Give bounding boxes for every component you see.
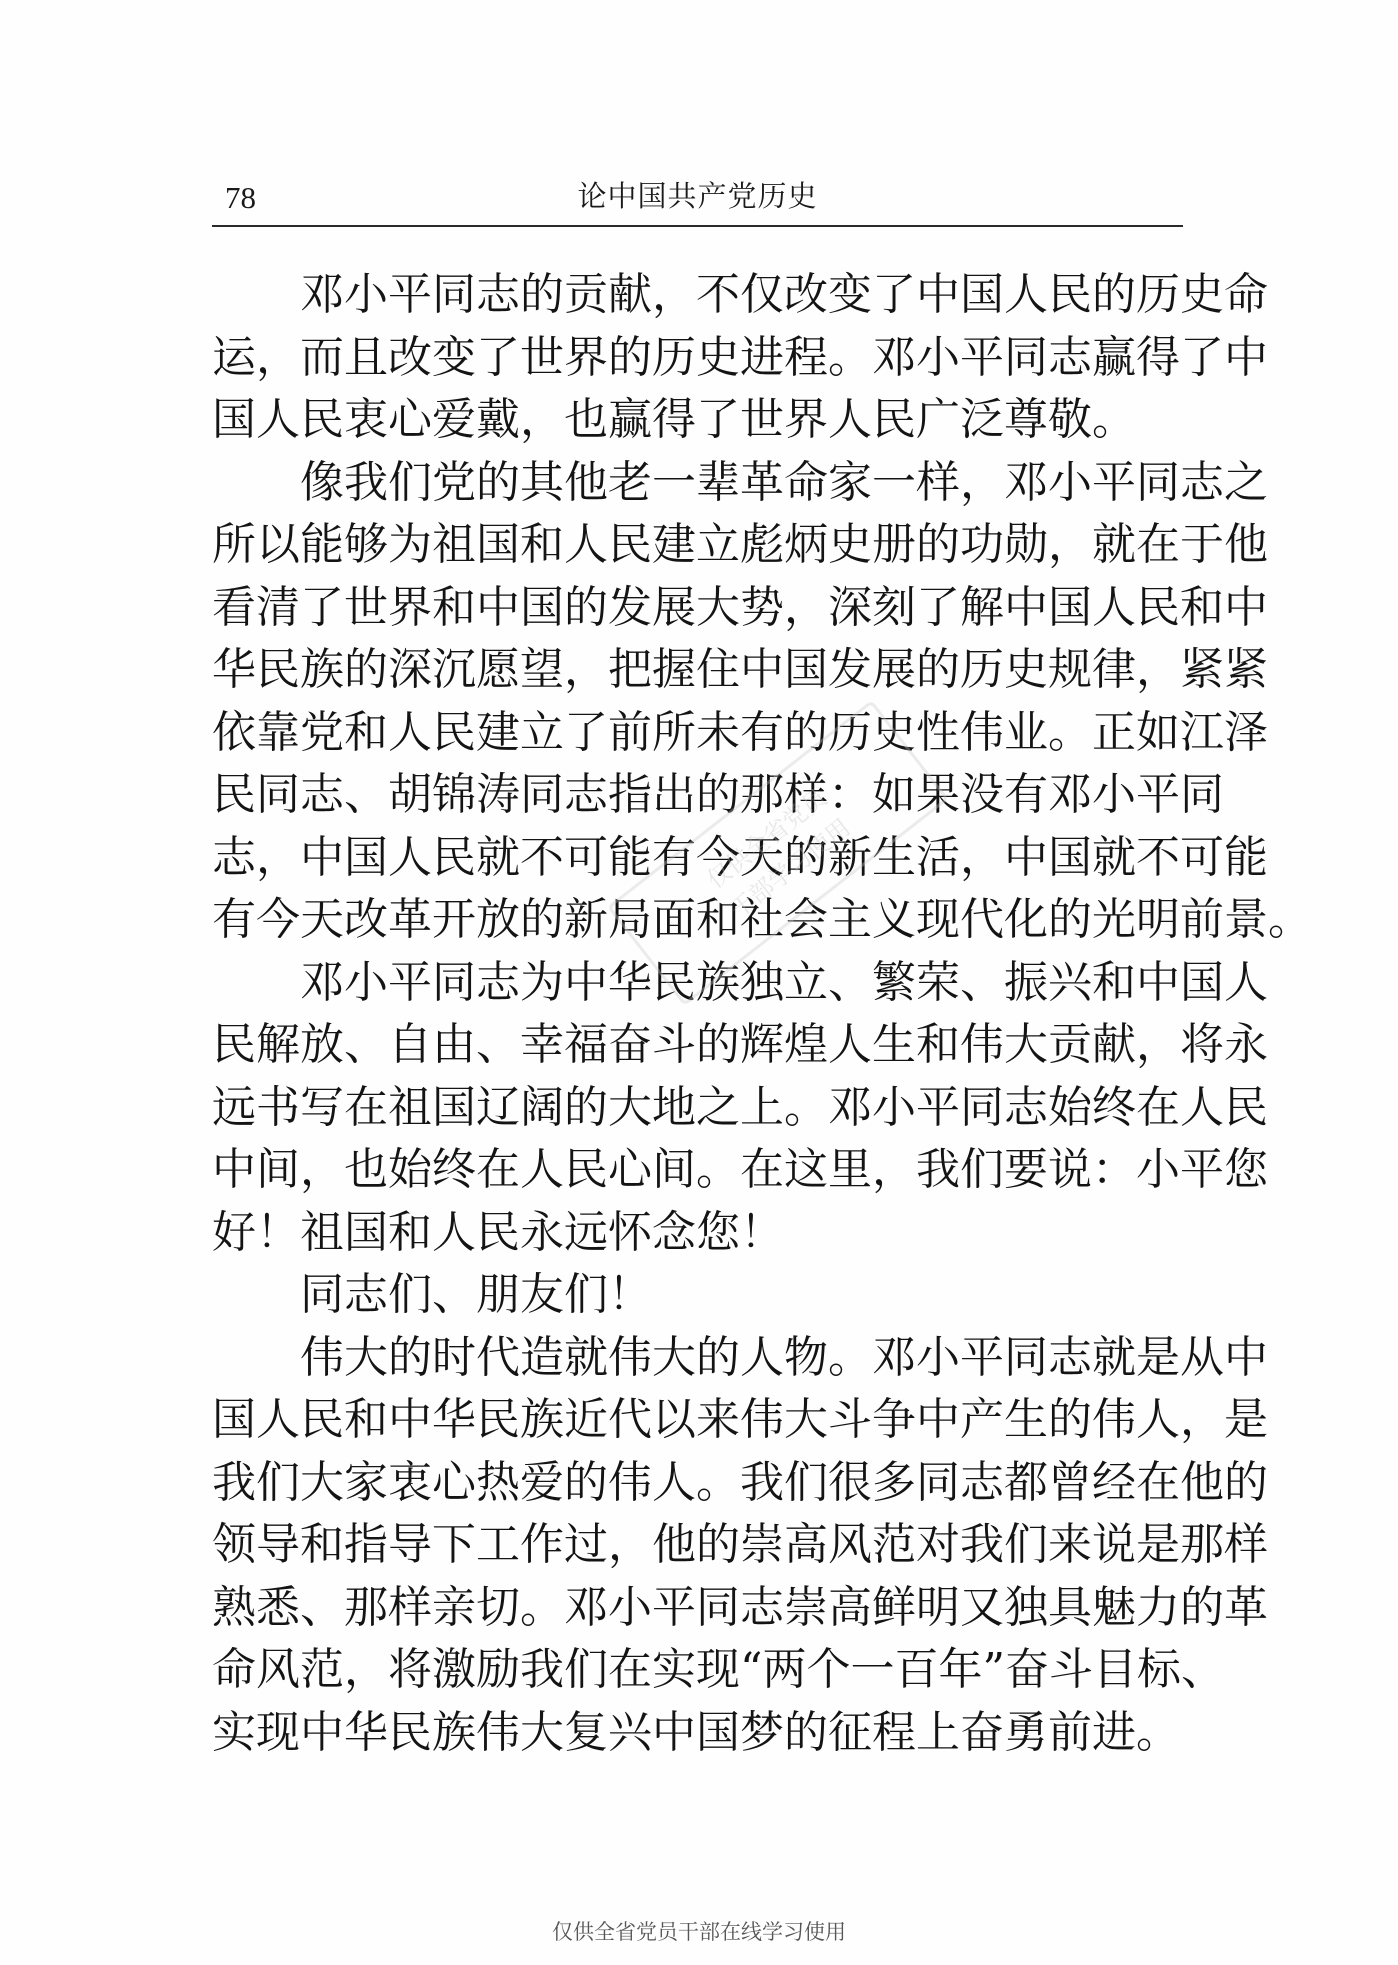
text-line: 同志们、朋友们！ bbox=[212, 1264, 1187, 1327]
book-page: 78 论中国共产党历史 邓小平同志的贡献，不仅改变了中国人民的历史命 运，而且改… bbox=[0, 0, 1398, 1965]
text-line: 依靠党和人民建立了前所未有的历史性伟业。正如江泽 bbox=[212, 702, 1187, 765]
footer-usage-note: 仅供全省党员干部在线学习使用 bbox=[0, 1918, 1398, 1946]
header-divider bbox=[212, 225, 1183, 227]
book-title: 论中国共产党历史 bbox=[212, 176, 1183, 216]
text-line: 像我们党的其他老一辈革命家一样，邓小平同志之 bbox=[212, 452, 1187, 515]
text-line: 邓小平同志的贡献，不仅改变了中国人民的历史命 bbox=[212, 264, 1187, 327]
text-line: 邓小平同志为中华民族独立、繁荣、振兴和中国人 bbox=[212, 952, 1187, 1015]
text-line: 有今天改革开放的新局面和社会主义现代化的光明前景。 bbox=[212, 889, 1187, 952]
text-line: 华民族的深沉愿望，把握住中国发展的历史规律，紧紧 bbox=[212, 639, 1187, 702]
text-line: 伟大的时代造就伟大的人物。邓小平同志就是从中 bbox=[212, 1327, 1187, 1390]
text-line: 国人民和中华民族近代以来伟大斗争中产生的伟人，是 bbox=[212, 1389, 1187, 1452]
text-line: 中间，也始终在人民心间。在这里，我们要说：小平您 bbox=[212, 1139, 1187, 1202]
text-line: 领导和指导下工作过，他的崇高风范对我们来说是那样 bbox=[212, 1514, 1187, 1577]
text-line: 看清了世界和中国的发展大势，深刻了解中国人民和中 bbox=[212, 577, 1187, 640]
text-line: 熟悉、那样亲切。邓小平同志崇高鲜明又独具魅力的革 bbox=[212, 1577, 1187, 1640]
text-line: 国人民衷心爱戴，也赢得了世界人民广泛尊敬。 bbox=[212, 389, 1187, 452]
text-line: 好！祖国和人民永远怀念您！ bbox=[212, 1202, 1187, 1265]
text-line: 民解放、自由、幸福奋斗的辉煌人生和伟大贡献，将永 bbox=[212, 1014, 1187, 1077]
text-line: 所以能够为祖国和人民建立彪炳史册的功勋，就在于他 bbox=[212, 514, 1187, 577]
text-line: 我们大家衷心热爱的伟人。我们很多同志都曾经在他的 bbox=[212, 1452, 1187, 1515]
text-line: 志，中国人民就不可能有今天的新生活，中国就不可能 bbox=[212, 827, 1187, 890]
body-text: 邓小平同志的贡献，不仅改变了中国人民的历史命 运，而且改变了世界的历史进程。邓小… bbox=[212, 264, 1187, 1764]
text-line: 实现中华民族伟大复兴中国梦的征程上奋勇前进。 bbox=[212, 1702, 1187, 1765]
text-line: 运，而且改变了世界的历史进程。邓小平同志赢得了中 bbox=[212, 327, 1187, 390]
text-line: 远书写在祖国辽阔的大地之上。邓小平同志始终在人民 bbox=[212, 1077, 1187, 1140]
text-line: 民同志、胡锦涛同志指出的那样：如果没有邓小平同 bbox=[212, 764, 1187, 827]
running-head: 78 论中国共产党历史 bbox=[212, 168, 1183, 218]
text-line: 命风范，将激励我们在实现“两个一百年”奋斗目标、 bbox=[212, 1639, 1187, 1702]
